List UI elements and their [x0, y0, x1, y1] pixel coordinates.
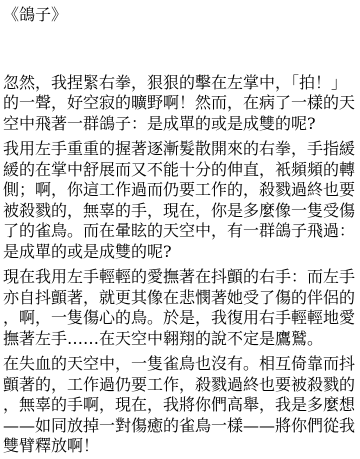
text-document-page: 《鴿子》 忽然，我捏緊右拳，狠狠的擊在左掌中，「拍！」的一聲，好空寂的曠野啊！然… — [0, 0, 360, 459]
paragraph: 在失血的天空中，一隻雀鳥也沒有。相互倚靠而抖顫著的，工作過仍要工作，殺戮過終也要… — [3, 354, 355, 457]
document-title: 《鴿子》 — [3, 5, 355, 26]
paragraph: 現在我用左手輕輕的愛撫著在抖顫的右手：而左手亦自抖顫著，就更其像在悲憫著她受了傷… — [3, 267, 355, 349]
paragraph: 我用左手重重的握著逐漸髮散開來的右拳，手指緩緩的在掌中舒展而又不能十分的伸直，衹… — [3, 139, 355, 262]
paragraph: 忽然，我捏緊右拳，狠狠的擊在左掌中，「拍！」的一聲，好空寂的曠野啊！然而，在病了… — [3, 73, 355, 135]
